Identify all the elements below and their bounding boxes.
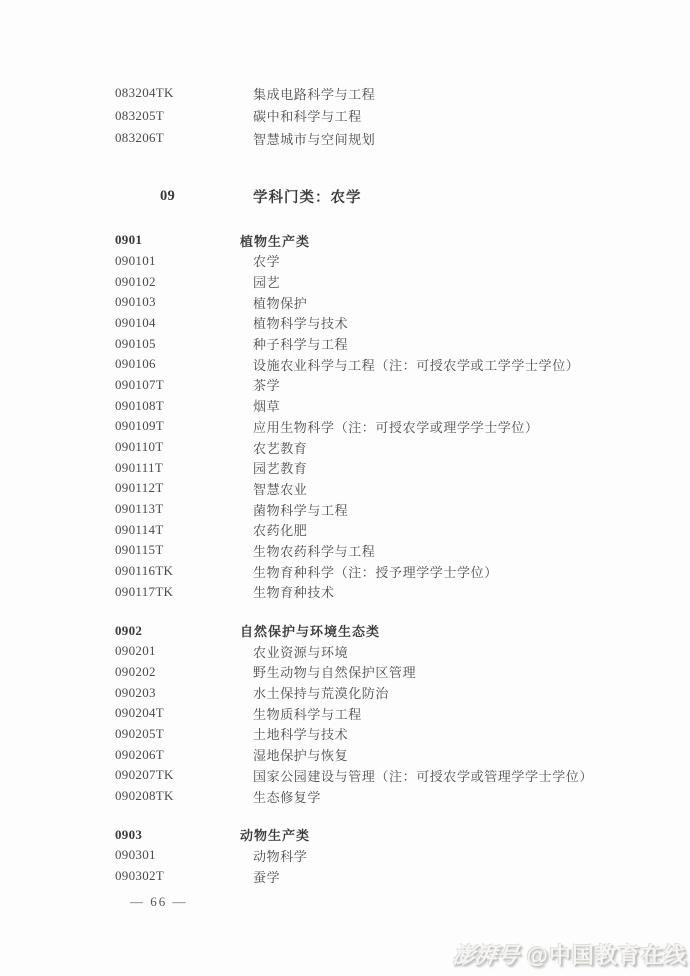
table-row: 090108T烟草	[115, 395, 690, 416]
table-row: 083205T碳中和科学与工程	[115, 105, 690, 128]
major-code: 090104	[115, 315, 240, 331]
major-code: 090206T	[115, 747, 240, 763]
major-code: 090101	[115, 253, 240, 269]
major-code: 090208TK	[115, 788, 240, 804]
table-row: 090107T茶学	[115, 375, 690, 396]
major-name: 茶学	[240, 375, 280, 394]
table-row: 090208TK生态修复学	[115, 786, 690, 807]
table-row: 090109T应用生物科学（注：可授农学或理学学士学位）	[115, 416, 690, 437]
table-row: 090204T生物质科学与工程	[115, 703, 690, 724]
major-name: 蚕学	[240, 867, 280, 886]
major-name: 设施农业科学与工程（注：可授农学或工学学士学位）	[240, 355, 579, 374]
major-name: 植物生产类	[240, 231, 310, 250]
major-code: 090110T	[115, 439, 240, 455]
major-name: 菌物科学与工程	[240, 500, 348, 519]
major-name: 农业资源与环境	[240, 642, 348, 661]
major-name: 集成电路科学与工程	[240, 84, 375, 103]
major-code: 083205T	[115, 108, 240, 124]
major-code: 090109T	[115, 418, 240, 434]
major-code: 090115T	[115, 542, 240, 558]
major-code: 090301	[115, 847, 240, 863]
major-name: 生物育种科学（注：授予理学学士学位）	[240, 562, 498, 581]
major-name: 植物科学与技术	[240, 313, 348, 332]
major-code: 090207TK	[115, 767, 240, 783]
major-code: 090202	[115, 664, 240, 680]
major-name: 生物育种技术	[240, 582, 335, 601]
major-code: 090203	[115, 685, 240, 701]
table-row: 090101农学	[115, 250, 690, 271]
table-row: 090202野生动物与自然保护区管理	[115, 662, 690, 683]
major-name: 种子科学与工程	[240, 334, 348, 353]
major-code: 083204TK	[115, 85, 240, 101]
table-row: 090115T生物农药科学与工程	[115, 540, 690, 561]
table-row: 090106设施农业科学与工程（注：可授农学或工学学士学位）	[115, 354, 690, 375]
major-code: 083206T	[115, 130, 240, 146]
table-row: 083206T智慧城市与空间规划	[115, 127, 690, 150]
discipline-heading: 09 学科门类：农学	[115, 186, 690, 207]
major-name: 湿地保护与恢复	[240, 745, 348, 764]
major-code: 090113T	[115, 501, 240, 517]
table-row: 090206T湿地保护与恢复	[115, 744, 690, 765]
major-code: 0903	[115, 827, 240, 843]
major-code: 090107T	[115, 377, 240, 393]
major-name: 农艺教育	[240, 438, 307, 457]
previous-category-rows: 083204TK集成电路科学与工程083205T碳中和科学与工程083206T智…	[115, 82, 690, 150]
major-name: 生物质科学与工程	[240, 704, 362, 723]
major-name: 烟草	[240, 396, 280, 415]
page-number: — 66 —	[130, 894, 690, 910]
spacer	[115, 207, 690, 230]
table-row: 090201农业资源与环境	[115, 641, 690, 662]
table-row: 090102园艺	[115, 271, 690, 292]
major-code: 090114T	[115, 522, 240, 538]
watermark-text: @中国教育在线	[527, 943, 687, 968]
major-name: 国家公园建设与管理（注：可授农学或管理学学士学位）	[240, 766, 593, 785]
major-name: 自然保护与环境生态类	[240, 621, 380, 640]
major-code: 0902	[115, 623, 240, 639]
table-row: 090302T蚕学	[115, 866, 690, 887]
table-row: 090104植物科学与技术	[115, 313, 690, 334]
major-code: 090103	[115, 294, 240, 310]
table-row: 090114T农药化肥	[115, 519, 690, 540]
catalog-content: 083204TK集成电路科学与工程083205T碳中和科学与工程083206T智…	[0, 0, 690, 910]
major-code: 090201	[115, 643, 240, 659]
major-code: 090105	[115, 336, 240, 352]
major-name: 生物农药科学与工程	[240, 541, 375, 560]
category-row: 0903动物生产类	[115, 824, 690, 845]
major-name: 野生动物与自然保护区管理	[240, 662, 416, 681]
discipline-title: 学科门类：农学	[240, 186, 362, 207]
major-name: 园艺	[240, 272, 280, 291]
table-row: 090103植物保护	[115, 292, 690, 313]
major-code: 090116TK	[115, 563, 240, 579]
pengpai-logo: 澎湃号	[450, 939, 520, 970]
major-name: 生态修复学	[240, 787, 321, 806]
major-name: 园艺教育	[240, 458, 307, 477]
major-name: 水土保持与荒漠化防治	[240, 683, 389, 702]
watermark: 澎湃号@中国教育在线	[453, 939, 687, 970]
table-row: 090110T农艺教育	[115, 437, 690, 458]
table-row: 090105种子科学与工程	[115, 333, 690, 354]
major-name: 应用生物科学（注：可授农学或理学学士学位）	[240, 417, 539, 436]
major-code: 090117TK	[115, 584, 240, 600]
major-name: 智慧城市与空间规划	[240, 129, 375, 148]
major-code: 090102	[115, 274, 240, 290]
table-row: 090301动物科学	[115, 845, 690, 866]
table-row: 090113T菌物科学与工程	[115, 499, 690, 520]
major-name: 土地科学与技术	[240, 724, 348, 743]
spacer	[115, 602, 690, 620]
table-row: 090117TK生物育种技术	[115, 581, 690, 602]
major-code: 0901	[115, 232, 240, 248]
major-code: 090111T	[115, 460, 240, 476]
table-row: 090111T园艺教育	[115, 457, 690, 478]
major-code: 090106	[115, 356, 240, 372]
major-name: 农学	[240, 251, 280, 270]
table-row: 090116TK生物育种科学（注：授予理学学士学位）	[115, 561, 690, 582]
sections: 0901植物生产类090101农学090102园艺090103植物保护09010…	[115, 230, 690, 887]
table-row: 090112T智慧农业	[115, 478, 690, 499]
table-row: 090203水土保持与荒漠化防治	[115, 682, 690, 703]
table-row: 090207TK国家公园建设与管理（注：可授农学或管理学学士学位）	[115, 765, 690, 786]
spacer	[115, 806, 690, 824]
major-code: 090302T	[115, 868, 240, 884]
table-row: 083204TK集成电路科学与工程	[115, 82, 690, 105]
major-name: 碳中和科学与工程	[240, 106, 362, 125]
major-code: 090108T	[115, 398, 240, 414]
major-name: 动物科学	[240, 846, 307, 865]
major-code: 090205T	[115, 726, 240, 742]
major-name: 农药化肥	[240, 520, 307, 539]
discipline-code: 09	[115, 188, 240, 205]
category-row: 0902自然保护与环境生态类	[115, 620, 690, 641]
spacer	[115, 150, 690, 186]
major-name: 智慧农业	[240, 479, 307, 498]
major-code: 090204T	[115, 705, 240, 721]
document-page: 083204TK集成电路科学与工程083205T碳中和科学与工程083206T智…	[0, 0, 690, 976]
table-row: 090205T土地科学与技术	[115, 724, 690, 745]
major-name: 动物生产类	[240, 825, 310, 844]
major-code: 090112T	[115, 480, 240, 496]
major-name: 植物保护	[240, 293, 307, 312]
category-row: 0901植物生产类	[115, 230, 690, 251]
